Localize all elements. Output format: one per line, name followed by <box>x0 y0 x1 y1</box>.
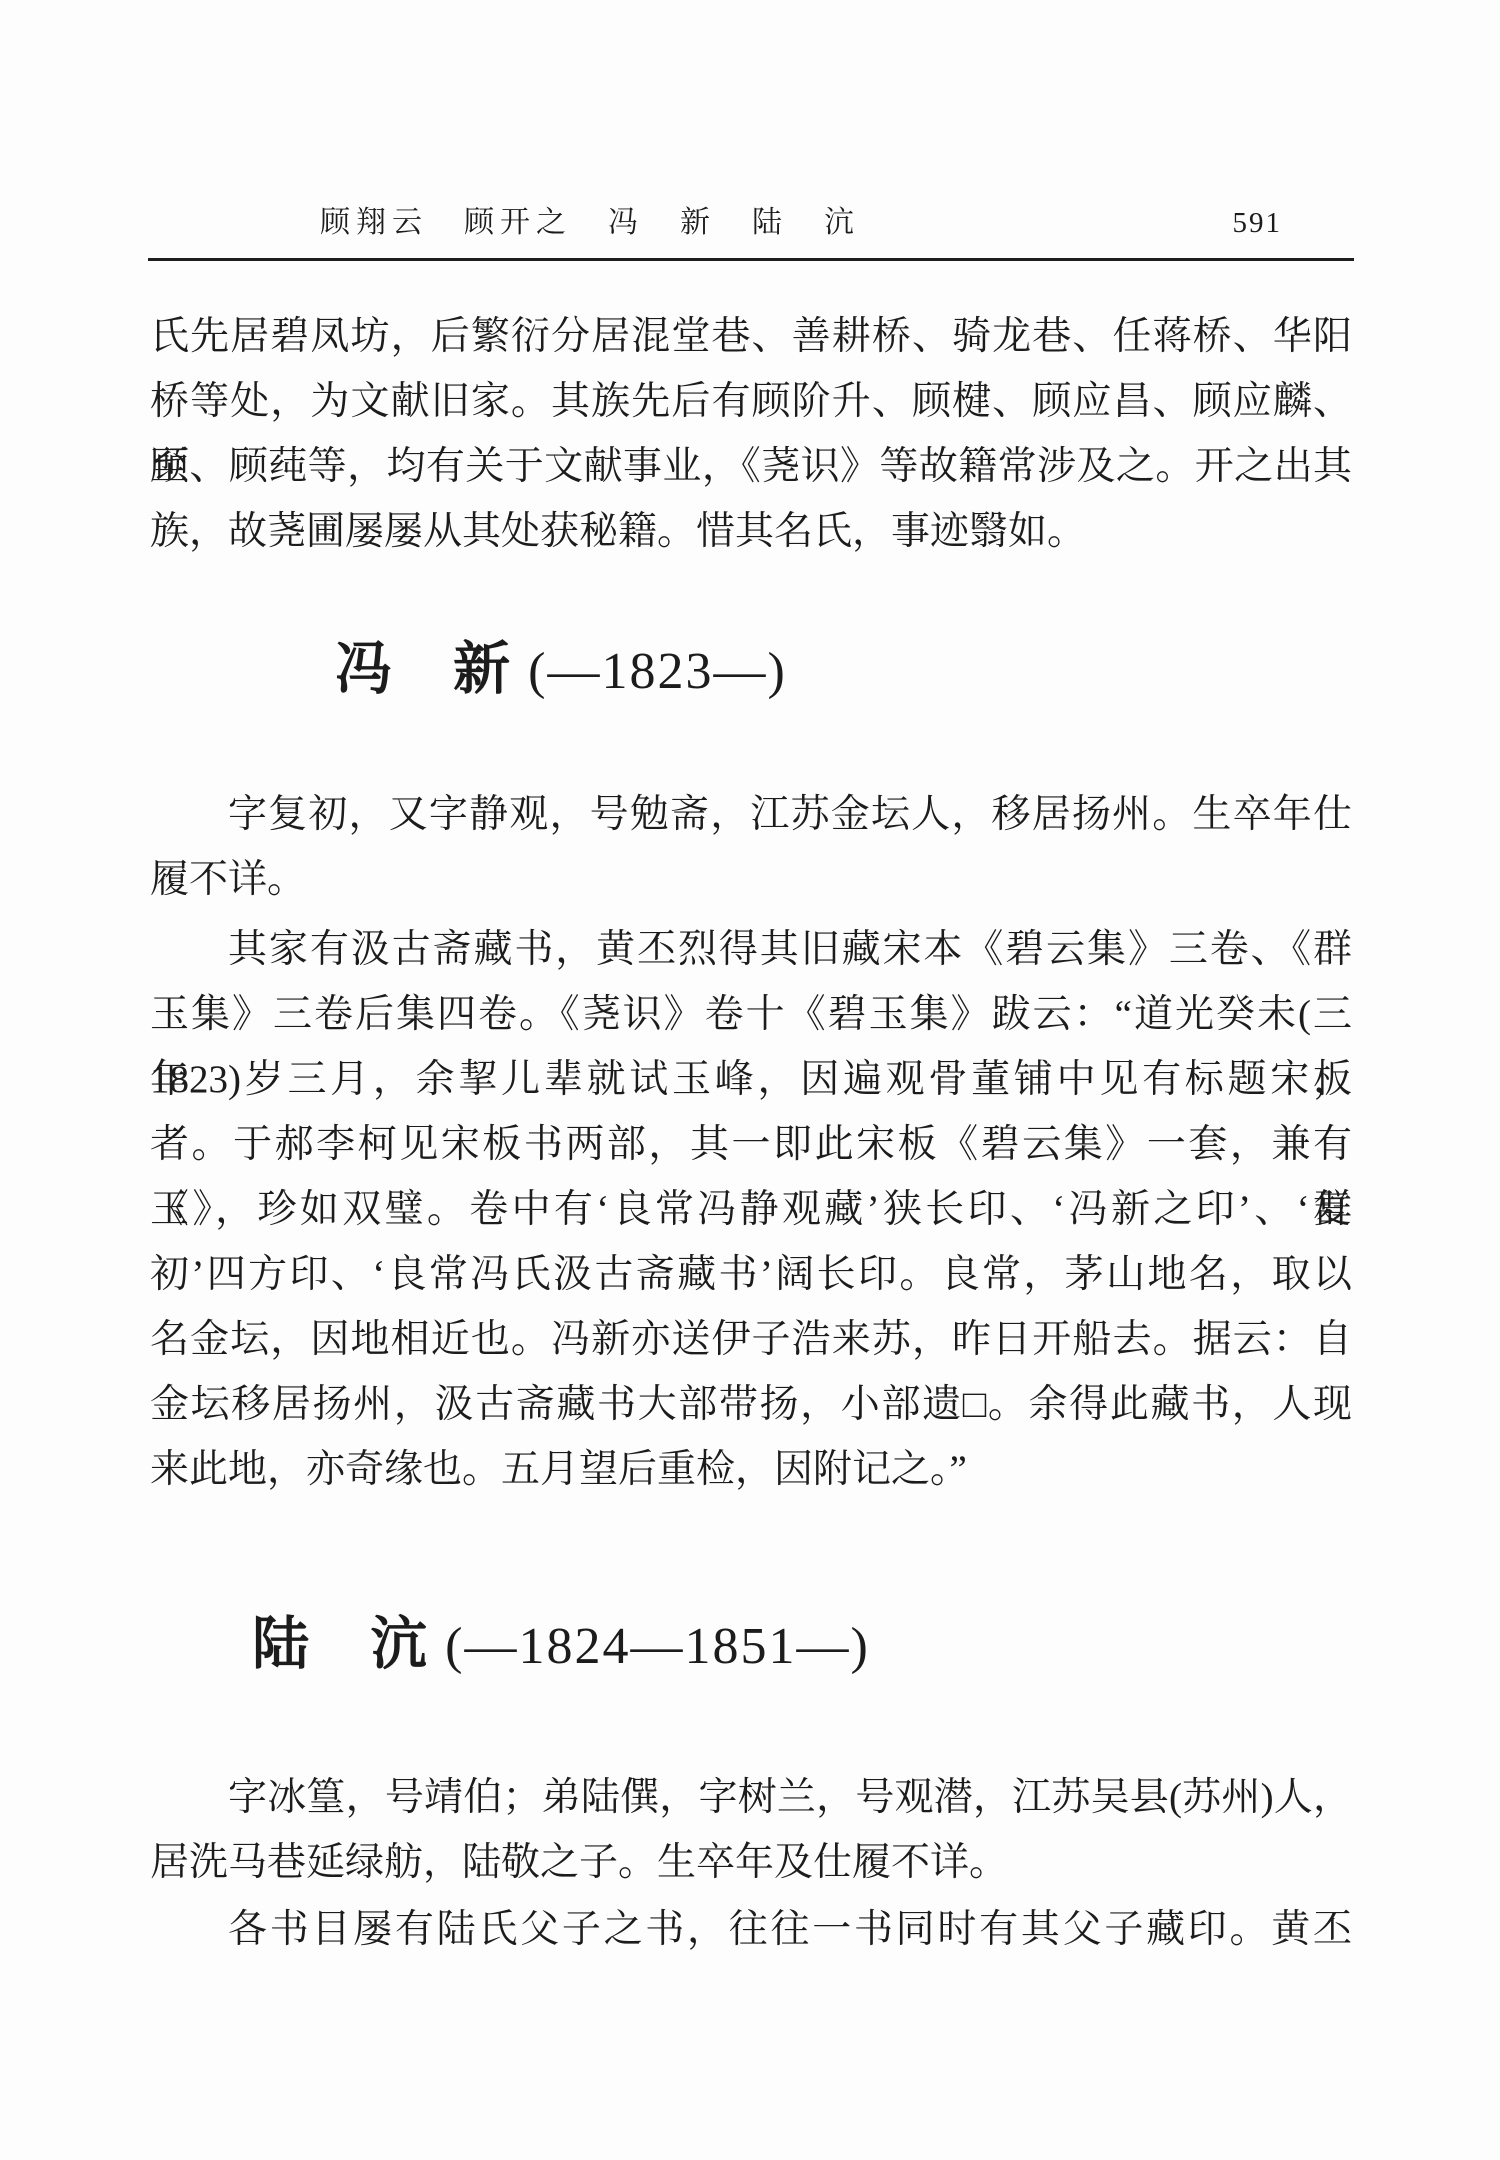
text-line: 字复初，又字静观，号勉斋，江苏金坛人，移居扬州。生卒年仕 <box>150 782 1352 847</box>
entry-heading-lu-hang: 陆 沆(—1824—1851—) <box>150 1605 1352 1685</box>
entry-paragraph: 字冰篁，号靖伯；弟陆僎，字树兰，号观潜，江苏吴县(苏州)人， 居洗马巷延绿舫，陆… <box>150 1765 1352 1895</box>
text-line: 字冰篁，号靖伯；弟陆僎，字树兰，号观潜，江苏吴县(苏州)人， <box>150 1765 1352 1830</box>
entry-name: 冯 新 <box>335 638 512 701</box>
text-line: 玉》，珍如双璧。卷中有‘良常冯静观藏’狭长印、‘冯新之印’、‘复 <box>150 1177 1352 1242</box>
entry-heading-feng-xin: 冯 新(—1823—) <box>150 630 1352 710</box>
entry-heading-inner: 陆 沆(—1824—1851—) <box>252 1643 870 1669</box>
text-line: 初’四方印、‘良常冯氏汲古斋藏书’阔长印。良常，茅山地名，取以 <box>150 1242 1352 1307</box>
text-line: 居洗马巷延绿舫，陆敬之子。生卒年及仕履不详。 <box>150 1830 1352 1895</box>
text-line: 者。于郝李柯见宋板书两部，其一即此宋板《碧云集》一套，兼有《群 <box>150 1112 1352 1177</box>
page-header: 顾翔云 顾开之 冯 新 陆 沆 591 <box>150 200 1352 246</box>
entry-paragraph: 其家有汲古斋藏书，黄丕烈得其旧藏宋本《碧云集》三卷、《群 玉集》三卷后集四卷。《… <box>150 917 1352 1502</box>
text-line: 各书目屡有陆氏父子之书，往往一书同时有其父子藏印。黄丕 <box>150 1897 1352 1962</box>
running-title: 顾翔云 顾开之 冯 新 陆 沆 <box>240 200 940 246</box>
text-line: 名金坛，因地相近也。冯新亦送伊子浩来苏，昨日开船去。据云：自 <box>150 1307 1352 1372</box>
intro-paragraph: 氏先居碧凤坊，后繁衍分居混堂巷、善耕桥、骑龙巷、任蒋桥、华阳 桥等处，为文献旧家… <box>150 304 1352 564</box>
page-number: 591 <box>1233 200 1283 246</box>
text-line: 来此地，亦奇缘也。五月望后重检，因附记之。” <box>150 1437 1352 1502</box>
text-line: 玉集》三卷后集四卷。《荛识》卷十《碧玉集》跋云：“道光癸未(三年， <box>150 982 1352 1047</box>
text-line: 氏先居碧凤坊，后繁衍分居混堂巷、善耕桥、骑龙巷、任蒋桥、华阳 <box>150 304 1352 369</box>
header-rule <box>148 258 1354 261</box>
entry-paragraph: 字复初，又字静观，号勉斋，江苏金坛人，移居扬州。生卒年仕 履不详。 <box>150 782 1352 912</box>
entry-heading-inner: 冯 新(—1823—) <box>335 668 787 694</box>
book-page: 顾翔云 顾开之 冯 新 陆 沆 591 氏先居碧凤坊，后繁衍分居混堂巷、善耕桥、… <box>0 0 1500 2160</box>
entry-paragraph: 各书目屡有陆氏父子之书，往往一书同时有其父子藏印。黄丕 <box>150 1897 1352 1962</box>
text-line: 金坛移居扬州，汲古斋藏书大部带扬，小部遗□。余得此藏书，人现 <box>150 1372 1352 1437</box>
text-line: 至、顾莼等，均有关于文献事业，《荛识》等故籍常涉及之。开之出其 <box>150 434 1352 499</box>
entry-dates: (—1823—) <box>528 643 787 700</box>
text-line: 族，故荛圃屡屡从其处获秘籍。惜其名氏，事迹翳如。 <box>150 499 1352 564</box>
entry-dates: (—1824—1851—) <box>445 1618 870 1675</box>
text-line: 其家有汲古斋藏书，黄丕烈得其旧藏宋本《碧云集》三卷、《群 <box>150 917 1352 982</box>
text-line: 桥等处，为文献旧家。其族先后有顾阶升、顾楗、顾应昌、顾应麟、顾 <box>150 369 1352 434</box>
entry-name: 陆 沆 <box>252 1613 429 1676</box>
text-line: 1823)岁三月，余挈儿辈就试玉峰，因遍观骨董铺中见有标题宋板 <box>150 1047 1352 1112</box>
text-line: 履不详。 <box>150 847 1352 912</box>
